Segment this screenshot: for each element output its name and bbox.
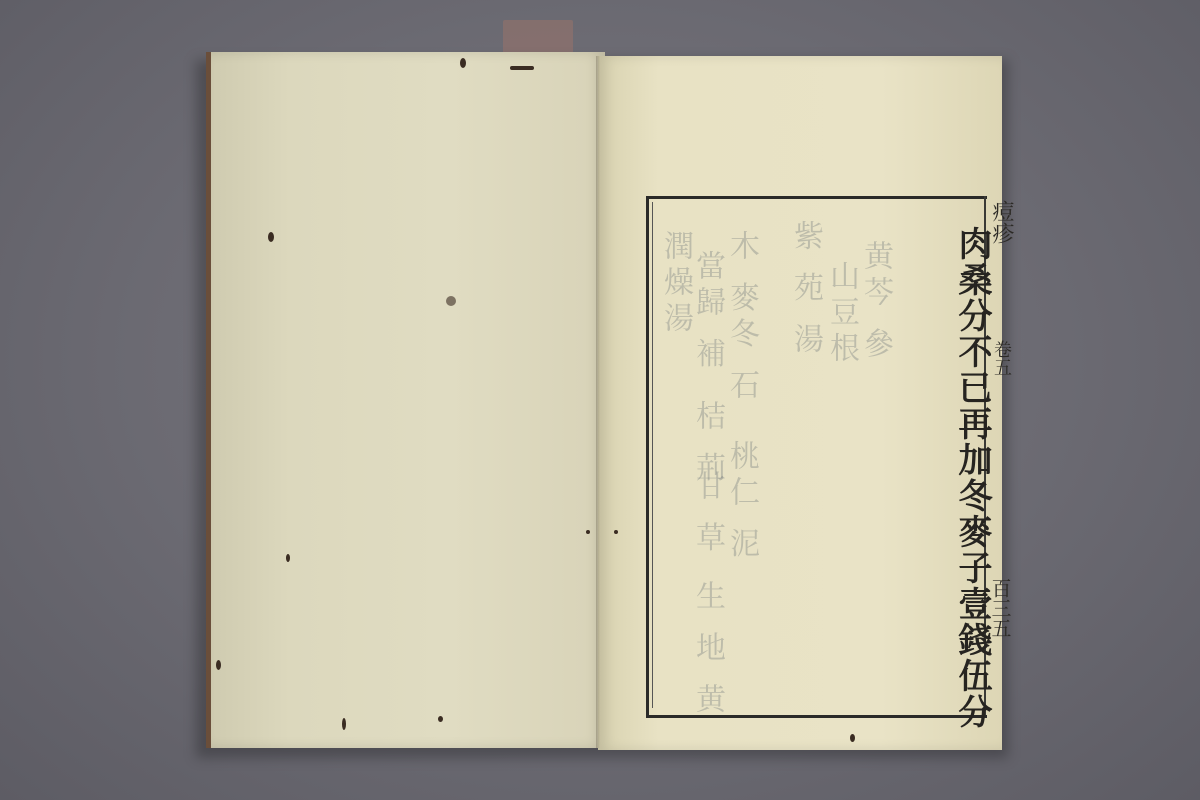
wormhole-mark — [438, 716, 443, 722]
wormhole-mark — [268, 232, 274, 242]
print-frame-border — [646, 196, 987, 718]
wormhole-mark — [510, 66, 534, 70]
left-page — [206, 52, 605, 748]
print-frame-inner-line — [652, 202, 653, 708]
margin-title: 痘疹 — [986, 200, 1017, 244]
book-gutter — [596, 56, 600, 748]
wormhole-mark — [286, 554, 290, 562]
wormhole-mark — [850, 734, 855, 742]
wormhole-mark — [216, 660, 221, 670]
stain-mark — [446, 296, 456, 306]
wormhole-mark — [586, 530, 590, 534]
wormhole-mark — [342, 718, 346, 730]
margin-volume: 卷五 — [988, 340, 1014, 376]
main-text-column: 肉桑分不已再加冬麥子壹錢伍分 — [948, 226, 997, 730]
wormhole-mark — [460, 58, 466, 68]
margin-page-number: 百三五 — [986, 578, 1015, 638]
wormhole-mark — [614, 530, 618, 534]
